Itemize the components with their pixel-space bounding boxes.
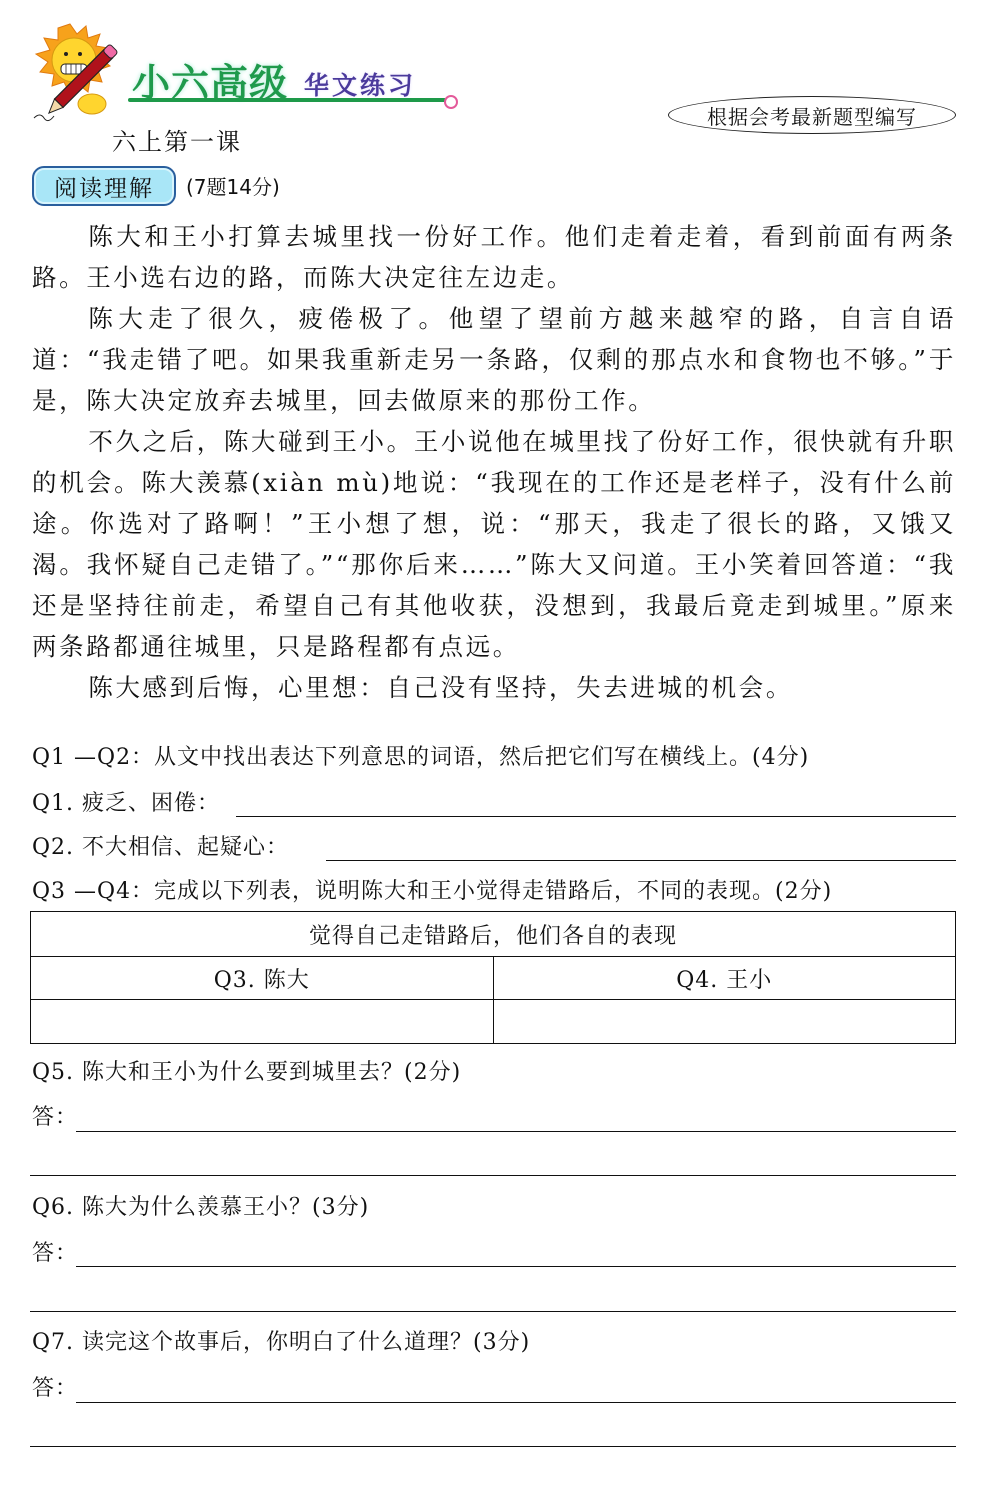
passage-paragraph: 陈大感到后悔，心里想：自己没有坚持，失去进城的机会。	[32, 667, 956, 708]
exam-badge: 根据会考最新题型编写	[668, 96, 956, 134]
response-table: 觉得自己走错路后，他们各自的表现 Q3. 陈大 Q4. 王小	[30, 911, 956, 1044]
passage-paragraph: 陈大和王小打算去城里找一份好工作。他们走着走着，看到前面有两条路。王小选右边的路…	[32, 216, 956, 298]
passage-paragraph: 不久之后，陈大碰到王小。王小说他在城里找了份好工作，很快就有升职的机会。陈大羡慕…	[32, 421, 956, 667]
q6-answer-line-2[interactable]	[30, 1311, 956, 1312]
reading-passage: 陈大和王小打算去城里找一份好工作。他们走着走着，看到前面有两条路。王小选右边的路…	[32, 216, 956, 708]
section-tag: 阅读理解	[32, 166, 176, 206]
passage-paragraph: 陈大走了很久，疲倦极了。他望了望前方越来越窄的路，自言自语道：“我走错了吧。如果…	[32, 298, 956, 421]
column-q4: Q4. 王小	[493, 957, 956, 1000]
series-subtitle: 华文练习	[304, 66, 416, 102]
q7-answer-line-2[interactable]	[30, 1446, 956, 1447]
answer-label: 答：	[32, 1236, 78, 1267]
q7-prompt: Q7. 读完这个故事后，你明白了什么道理？(3分)	[32, 1325, 530, 1356]
q5-prompt: Q5. 陈大和王小为什么要到城里去？(2分)	[32, 1055, 461, 1086]
answer-label: 答：	[32, 1371, 78, 1402]
q6-answer-line-1[interactable]	[76, 1266, 956, 1267]
lion-with-pencil-icon	[30, 22, 140, 122]
q1-q2-instruction: Q1 —Q2：从文中找出表达下列意思的词语，然后把它们写在横线上。(4分)	[32, 740, 809, 771]
q6-prompt: Q6. 陈大为什么羡慕王小？(3分)	[32, 1190, 369, 1221]
q2-answer-line[interactable]	[326, 860, 956, 861]
column-q3: Q3. 陈大	[31, 957, 494, 1000]
q1-answer-line[interactable]	[236, 816, 956, 817]
q5-answer-line-2[interactable]	[30, 1175, 956, 1176]
q3-q4-instruction: Q3 —Q4：完成以下列表，说明陈大和王小觉得走错路后，不同的表现。(2分)	[32, 874, 832, 905]
q7-answer-line-1[interactable]	[76, 1402, 956, 1403]
q1-prompt: Q1. 疲乏、困倦：	[32, 786, 220, 817]
table-header: 觉得自己走错路后，他们各自的表现	[31, 912, 956, 957]
circle-dot-icon	[444, 95, 458, 109]
section-score-note: (7题14分)	[186, 171, 280, 200]
q4-answer-cell[interactable]	[493, 1000, 956, 1044]
answer-label: 答：	[32, 1100, 78, 1131]
title-underline	[128, 98, 446, 102]
q2-prompt: Q2. 不大相信、起疑心：	[32, 830, 289, 861]
q3-answer-cell[interactable]	[31, 1000, 494, 1044]
lesson-title: 六上第一课	[112, 122, 242, 157]
q5-answer-line-1[interactable]	[76, 1131, 956, 1132]
